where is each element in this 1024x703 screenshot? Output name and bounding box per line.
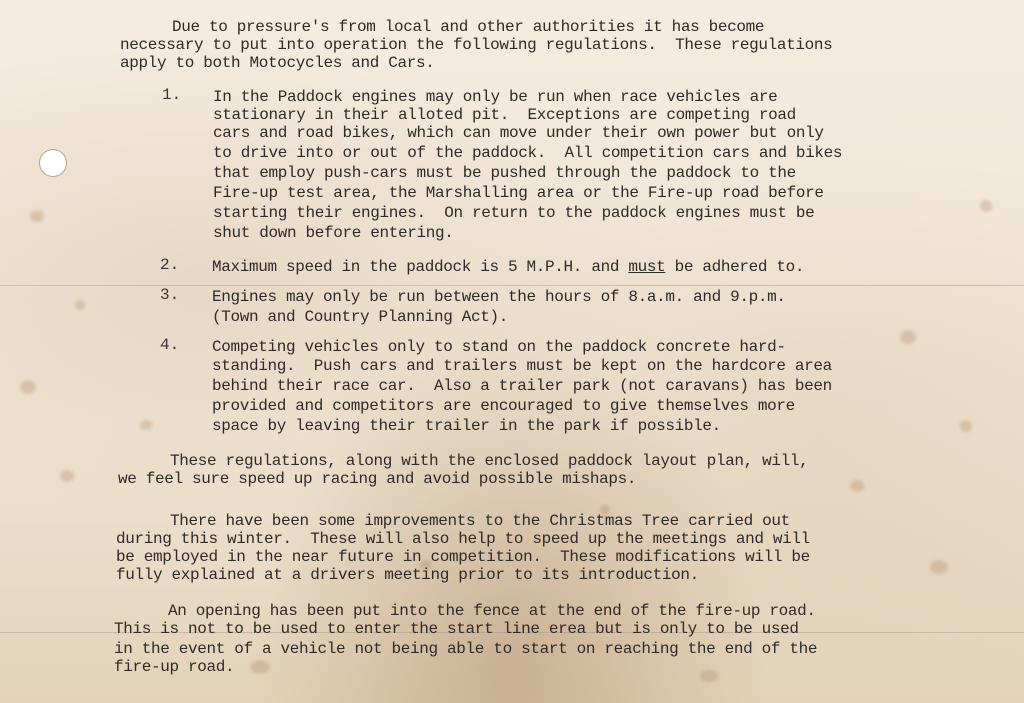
- stain: [20, 380, 36, 394]
- rule-line: stationary in their alloted pit. Excepti…: [213, 106, 796, 124]
- punch-hole: [40, 150, 66, 176]
- stain: [30, 210, 44, 222]
- intro-line: apply to both Motocycles and Cars.: [120, 54, 435, 72]
- rule-number: 2.: [160, 256, 179, 274]
- rule-line: In the Paddock engines may only be run w…: [213, 88, 777, 106]
- stain: [140, 420, 152, 430]
- rule-line: provided and competitors are encouraged …: [212, 397, 795, 415]
- intro-line: necessary to put into operation the foll…: [120, 36, 832, 54]
- rule-line: space by leaving their trailer in the pa…: [212, 417, 721, 435]
- paragraph-line: fire-up road.: [114, 658, 234, 676]
- stain: [960, 420, 972, 432]
- rule-line: behind their race car. Also a trailer pa…: [212, 377, 832, 395]
- stain: [850, 480, 864, 492]
- rule-line: Competing vehicles only to stand on the …: [212, 338, 786, 356]
- stain: [60, 470, 74, 482]
- rule-line: (Town and Country Planning Act).: [212, 308, 508, 326]
- rule-number: 4.: [160, 336, 179, 354]
- paragraph-line: These regulations, along with the enclos…: [170, 452, 808, 470]
- paragraph-line: There have been some improvements to the…: [170, 512, 790, 530]
- stain: [700, 670, 718, 682]
- paragraph-line: fully explained at a drivers meeting pri…: [116, 566, 699, 584]
- rule-text: Maximum speed in the paddock is 5 M.P.H.…: [212, 258, 628, 276]
- rule-line: that employ push-cars must be pushed thr…: [213, 164, 796, 182]
- paragraph-line: during this winter. These will also help…: [116, 530, 810, 548]
- stain: [900, 330, 916, 344]
- rule-line: Fire-up test area, the Marshalling area …: [213, 184, 824, 202]
- rule-line: shut down before entering.: [213, 224, 454, 242]
- paragraph-line: we feel sure speed up racing and avoid p…: [118, 470, 636, 488]
- rule-line: to drive into or out of the paddock. All…: [213, 144, 842, 162]
- rule-line: cars and road bikes, which can move unde…: [213, 124, 824, 142]
- paragraph-line: This is not to be used to enter the star…: [114, 620, 799, 638]
- stain: [980, 200, 992, 212]
- stain: [75, 300, 85, 310]
- rule-line: Engines may only be run between the hour…: [212, 288, 786, 306]
- paragraph-line: in the event of a vehicle not being able…: [114, 640, 817, 658]
- intro-line: Due to pressure's from local and other a…: [172, 18, 764, 36]
- rule-line: Maximum speed in the paddock is 5 M.P.H.…: [212, 258, 804, 276]
- rule-number: 3.: [160, 286, 179, 304]
- fold-crease: [0, 285, 1024, 286]
- rule-line: standing. Push cars and trailers must be…: [212, 357, 832, 375]
- rule-text: be adhered to.: [665, 258, 804, 276]
- paragraph-line: be employed in the near future in compet…: [116, 548, 810, 566]
- rule-number: 1.: [162, 86, 181, 104]
- emphasis-underline: must: [628, 258, 665, 276]
- stain: [250, 660, 270, 674]
- rule-line: starting their engines. On return to the…: [213, 204, 814, 222]
- paragraph-line: An opening has been put into the fence a…: [168, 602, 816, 620]
- stain: [930, 560, 948, 574]
- document-page: Due to pressure's from local and other a…: [0, 0, 1024, 703]
